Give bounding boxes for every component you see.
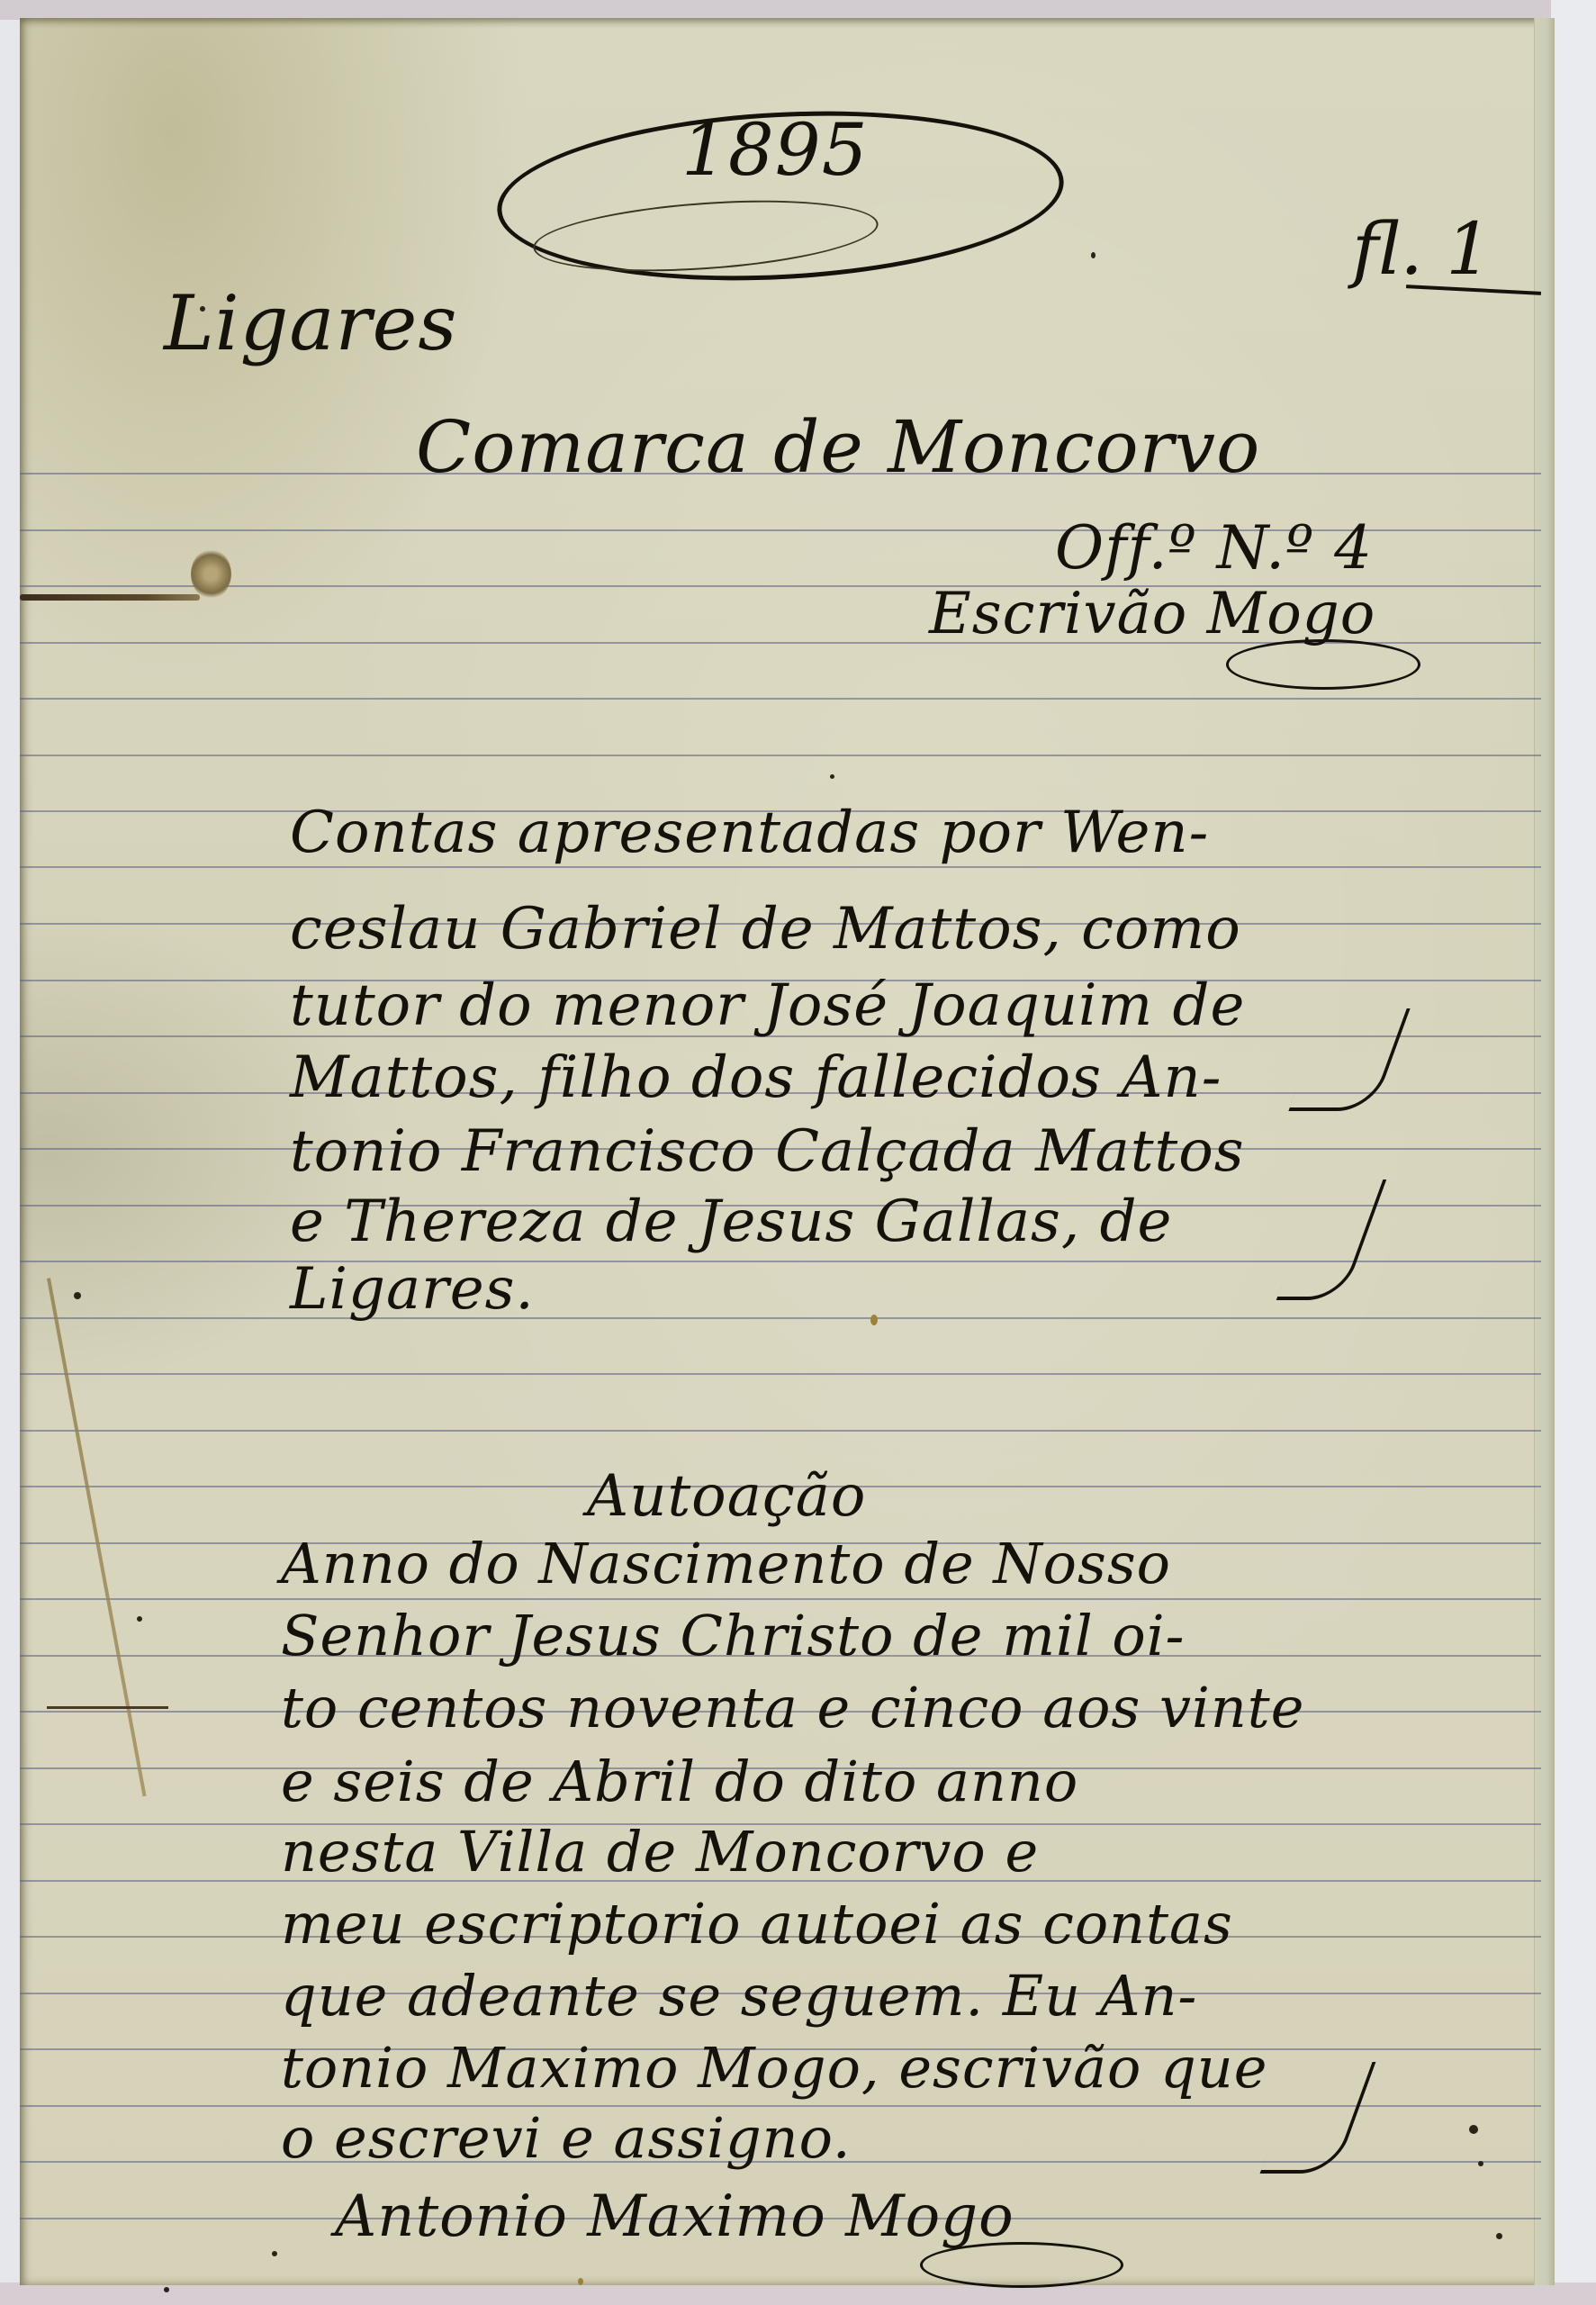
scan-border-left bbox=[0, 20, 22, 2305]
autuacao-line-4: e seis de Abril do dito anno bbox=[281, 1749, 1078, 1814]
document-year: 1895 bbox=[681, 108, 869, 192]
ink-spot bbox=[870, 1315, 878, 1325]
ruled-line bbox=[20, 755, 1541, 756]
scan-border-bottom bbox=[0, 2282, 1596, 2305]
autuacao-line-5: nesta Villa de Moncorvo e bbox=[281, 1819, 1039, 1885]
ink-spot bbox=[1496, 2233, 1502, 2239]
place-name: Ligares bbox=[164, 279, 457, 367]
autuacao-heading: Autoação bbox=[587, 1463, 866, 1530]
autuacao-line-3: to centos noventa e cinco aos vinte bbox=[281, 1675, 1304, 1740]
ink-spot bbox=[1469, 2125, 1478, 2134]
autuacao-line-7: que adeante se seguem. Eu An- bbox=[281, 1963, 1197, 2029]
title-line-4: Mattos, filho dos fallecidos An- bbox=[290, 1044, 1222, 1111]
office-number: Off.º N.º 4 bbox=[1055, 513, 1373, 583]
ink-spot bbox=[830, 774, 834, 779]
title-line-3: tutor do menor José Joaquim de bbox=[290, 972, 1245, 1039]
title-line-7: Ligares. bbox=[290, 1256, 535, 1323]
line-filler-bracket bbox=[1259, 2062, 1375, 2174]
line-filler-bracket bbox=[1288, 1008, 1410, 1111]
ruled-line bbox=[20, 1317, 1541, 1319]
autuacao-line-9: o escrevi e assigno. bbox=[281, 2105, 852, 2171]
manuscript-paper: 1895 fl. 1 Ligares Comarca de Moncorvo O… bbox=[20, 18, 1555, 2285]
ink-spot bbox=[74, 1292, 81, 1299]
ink-spot bbox=[272, 2251, 277, 2256]
title-line-5: tonio Francisco Calçada Mattos bbox=[290, 1118, 1245, 1185]
title-line-1: Contas apresentadas por Wen- bbox=[290, 800, 1209, 866]
line-filler-bracket bbox=[1276, 1180, 1387, 1300]
ruled-line bbox=[20, 1598, 1541, 1600]
ruled-line bbox=[20, 698, 1541, 700]
scanned-page: 1895 fl. 1 Ligares Comarca de Moncorvo O… bbox=[0, 0, 1596, 2305]
rubric-flourish bbox=[1226, 639, 1420, 690]
fold-base bbox=[47, 1706, 168, 1709]
title-line-6: e Thereza de Jesus Gallas, de bbox=[290, 1189, 1172, 1255]
scan-border-top bbox=[0, 0, 1596, 20]
paper-tear bbox=[20, 594, 200, 601]
ink-spot bbox=[137, 1616, 142, 1622]
folio-mark: fl. 1 bbox=[1352, 207, 1492, 291]
autuacao-line-1: Anno do Nascimento de Nosso bbox=[281, 1531, 1171, 1596]
paper-edge bbox=[1534, 18, 1555, 2285]
fold-crease bbox=[47, 1278, 147, 1796]
signature-rubric bbox=[920, 2242, 1123, 2288]
ruled-line bbox=[20, 866, 1541, 868]
scan-border-right bbox=[1551, 0, 1596, 2305]
ruled-line bbox=[20, 1430, 1541, 1432]
scrivener-line: Escrivão Mogo bbox=[929, 581, 1375, 647]
autuacao-line-2: Senhor Jesus Christo de mil oi- bbox=[281, 1603, 1185, 1668]
signature: Antonio Maximo Mogo bbox=[335, 2183, 1014, 2250]
ink-spot bbox=[164, 2287, 169, 2292]
title-line-2: ceslau Gabriel de Mattos, como bbox=[290, 896, 1241, 963]
autuacao-line-6: meu escriptorio autoei as contas bbox=[281, 1891, 1233, 1957]
autuacao-line-8: tonio Maximo Mogo, escrivão que bbox=[281, 2035, 1267, 2101]
ruled-line bbox=[20, 1373, 1541, 1375]
comarca-name: Comarca de Moncorvo bbox=[416, 405, 1260, 489]
ink-spot bbox=[1478, 2161, 1483, 2166]
paper-tear-knot bbox=[191, 549, 231, 599]
ink-spot bbox=[1091, 252, 1096, 258]
ink-spot bbox=[578, 2278, 583, 2285]
